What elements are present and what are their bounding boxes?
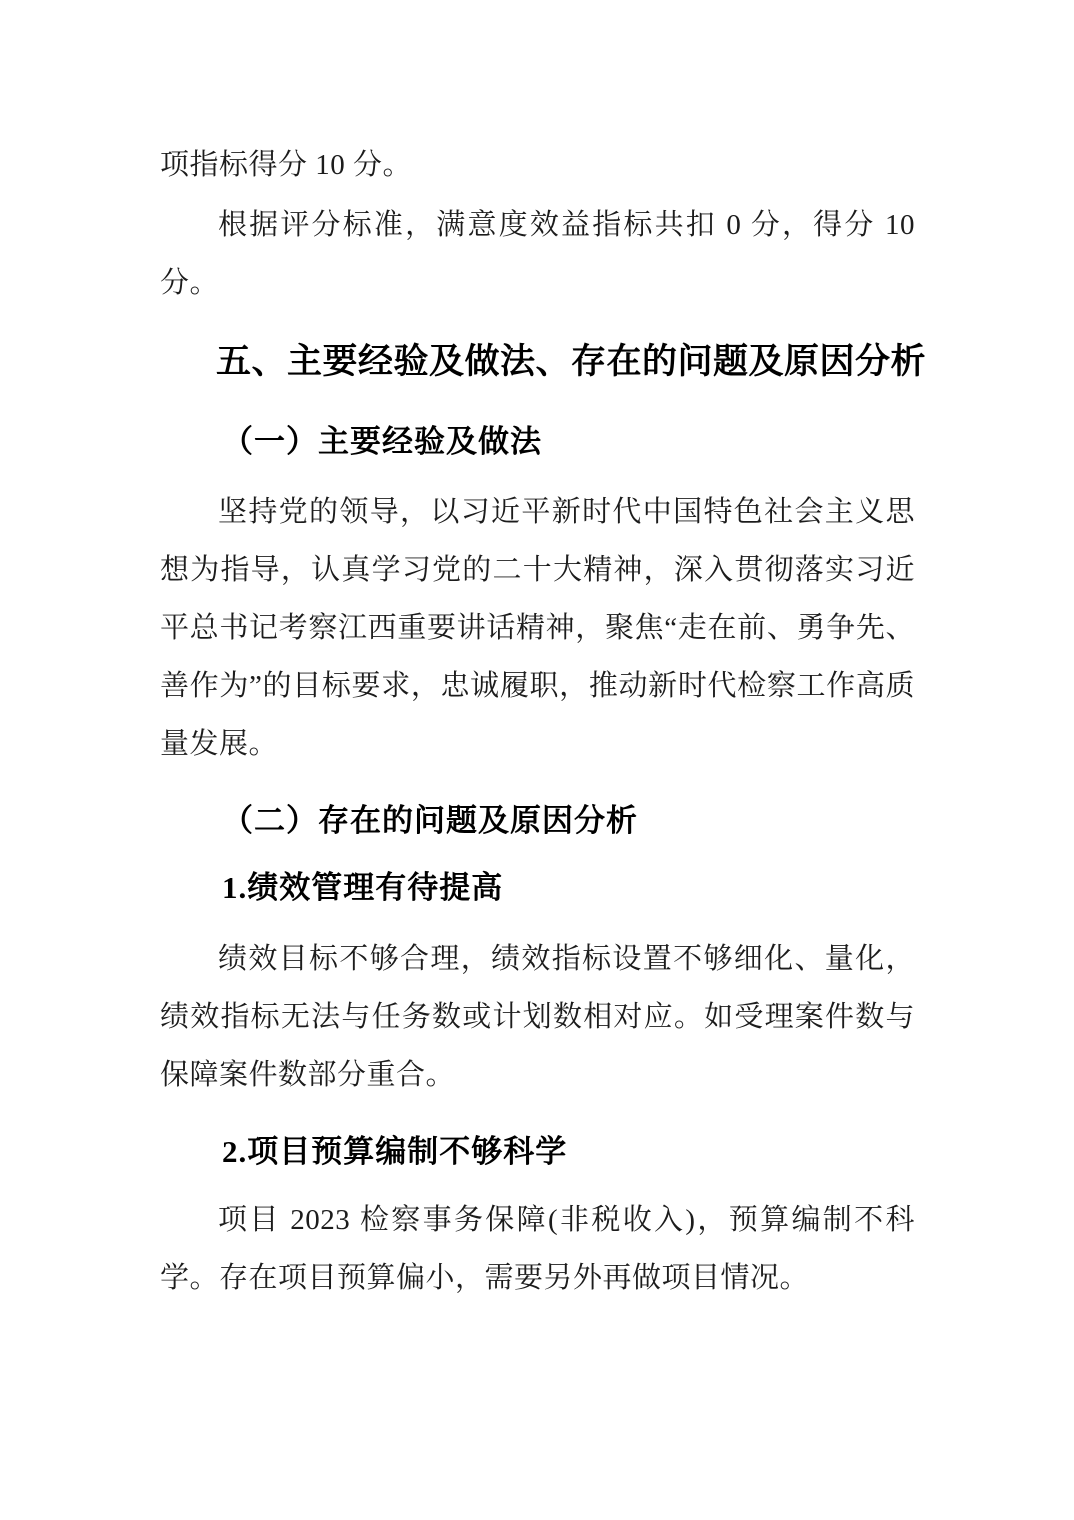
subsection-1-heading: （一）主要经验及做法	[160, 419, 915, 465]
paragraph-score-tail: 项指标得分 10 分。	[160, 136, 915, 194]
issue-2-body: 项目 2023 检察事务保障(非税收入)，预算编制不科学。存在项目预算偏小，需要…	[160, 1191, 915, 1307]
subsection-2-heading: （二）存在的问题及原因分析	[160, 798, 915, 844]
document-page: 项指标得分 10 分。 根据评分标准，满意度效益指标共扣 0 分，得分 10 分…	[0, 0, 1074, 1520]
issue-1-body: 绩效目标不够合理，绩效指标设置不够细化、量化，绩效指标无法与任务数或计划数相对应…	[160, 930, 915, 1104]
section-5-heading: 五、主要经验及做法、存在的问题及原因分析	[160, 338, 915, 386]
issue-2-heading: 2.项目预算编制不够科学	[160, 1129, 915, 1175]
paragraph-satisfaction-score: 根据评分标准，满意度效益指标共扣 0 分，得分 10 分。	[160, 196, 915, 312]
issue-1-heading: 1.绩效管理有待提高	[160, 865, 915, 911]
subsection-1-body: 坚持党的领导，以习近平新时代中国特色社会主义思想为指导，认真学习党的二十大精神，…	[160, 483, 915, 773]
